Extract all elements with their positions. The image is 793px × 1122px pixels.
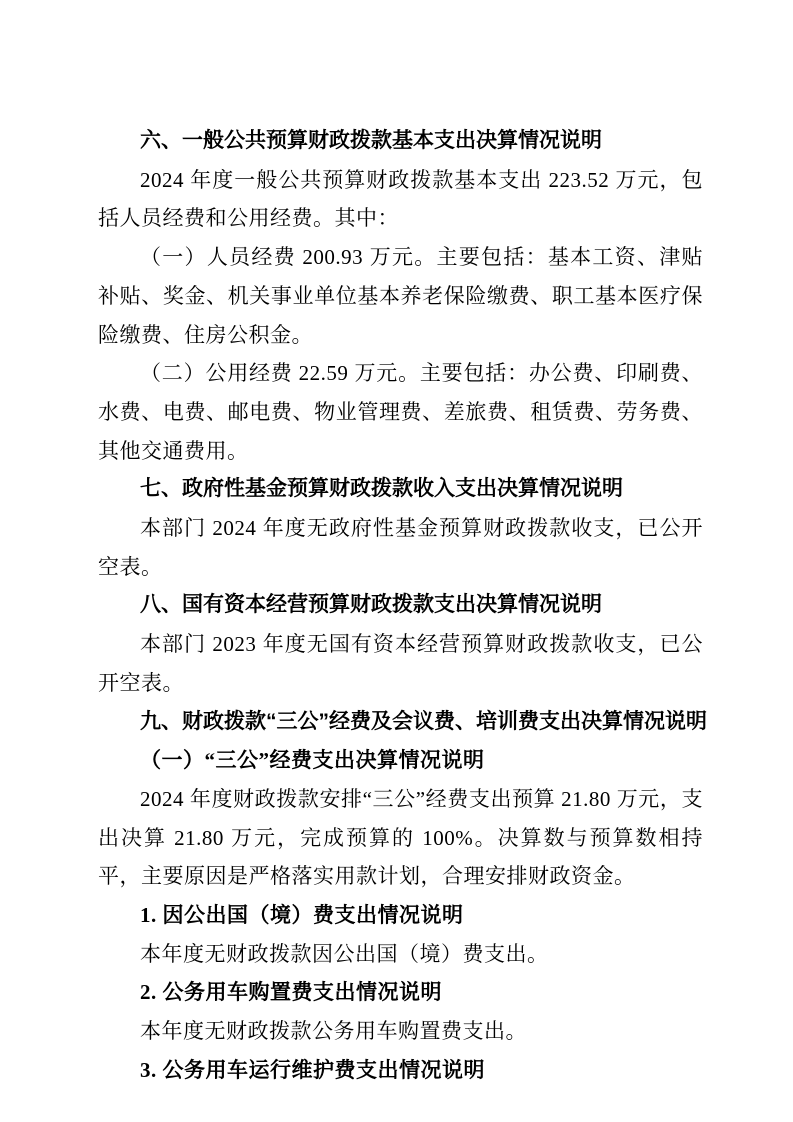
paragraph: 本部门 2024 年度无政府性基金预算财政拨款收支，已公开空表。 (98, 509, 703, 586)
paragraph: 本部门 2023 年度无国有资本经营预算财政拨款收支，已公开空表。 (98, 625, 703, 702)
paragraph: 2024 年度一般公共预算财政拨款基本支出 223.52 万元，包括人员经费和公… (98, 161, 703, 238)
paragraph: 2024 年度财政拨款安排“三公”经费支出预算 21.80 万元，支出决算 21… (98, 780, 703, 896)
document-body: 六、一般公共预算财政拨款基本支出决算情况说明2024 年度一般公共预算财政拨款基… (98, 122, 703, 1090)
heading1: 六、一般公共预算财政拨款基本支出决算情况说明 (98, 122, 703, 161)
paragraph: （二）公用经费 22.59 万元。主要包括：办公费、印刷费、水费、电费、邮电费、… (98, 354, 703, 470)
heading1: 九、财政拨款“三公”经费及会议费、培训费支出决算情况说明 (98, 703, 703, 742)
heading3: 1. 因公出国（境）费支出情况说明 (98, 896, 703, 935)
paragraph: 本年度无财政拨款公务用车购置费支出。 (98, 1012, 703, 1051)
heading3: 2. 公务用车购置费支出情况说明 (98, 973, 703, 1012)
paragraph: （一）人员经费 200.93 万元。主要包括：基本工资、津贴补贴、奖金、机关事业… (98, 238, 703, 354)
heading3: 3. 公务用车运行维护费支出情况说明 (98, 1051, 703, 1090)
paragraph: 本年度无财政拨款因公出国（境）费支出。 (98, 935, 703, 974)
heading1: 八、国有资本经营预算财政拨款支出决算情况说明 (98, 586, 703, 625)
document-page: 六、一般公共预算财政拨款基本支出决算情况说明2024 年度一般公共预算财政拨款基… (0, 0, 793, 1122)
heading2: （一）“三公”经费支出决算情况说明 (98, 741, 703, 780)
heading1: 七、政府性基金预算财政拨款收入支出决算情况说明 (98, 470, 703, 509)
